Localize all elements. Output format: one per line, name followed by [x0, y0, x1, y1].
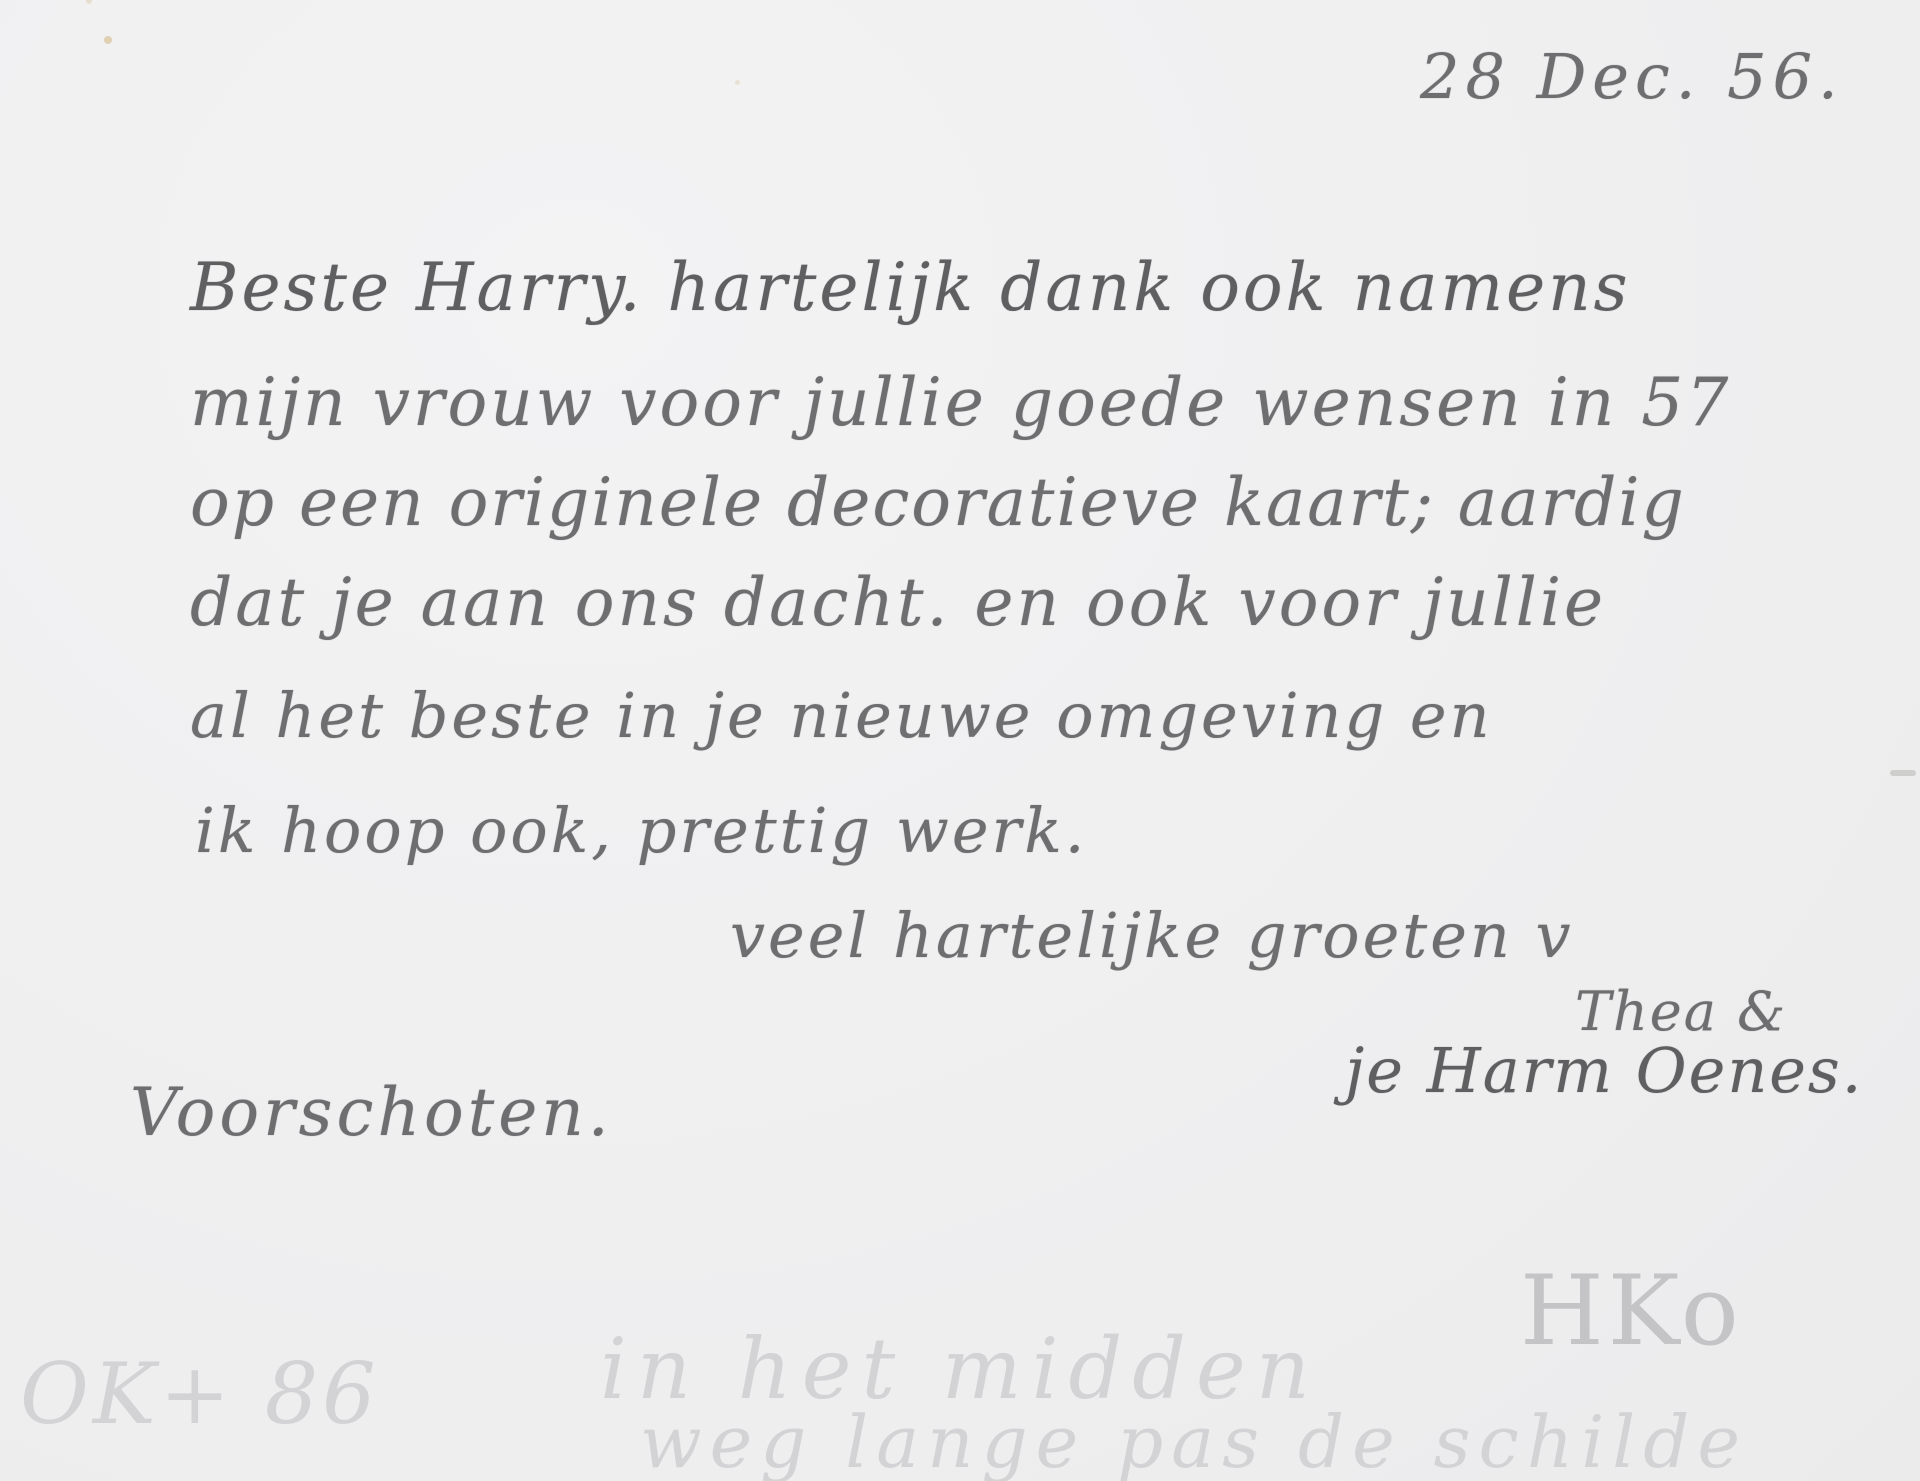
letter-paper: 28 Dec. 56. Beste Harry. hartelijk dank …: [0, 0, 1920, 1481]
letter-line-1: Beste Harry. hartelijk dank ook namens: [190, 255, 1631, 321]
letter-line-3: op een originele decoratieve kaart; aard…: [190, 470, 1686, 536]
letter-line-6: ik hoop ook, prettig werk.: [195, 800, 1087, 862]
paper-speck: [104, 36, 112, 44]
letter-place: Voorschoten.: [130, 1080, 613, 1146]
signature-line-1: Thea &: [1575, 985, 1787, 1039]
edge-ink-mark: [1890, 770, 1916, 776]
letter-line-5: al het beste in je nieuwe omgeving en: [190, 685, 1493, 747]
signature-line-2: je Harm Oenes.: [1345, 1040, 1863, 1102]
paper-speck: [86, 0, 92, 4]
pencil-note-line-2: weg lange pas de schilde: [640, 1400, 1748, 1481]
pencil-note-code: OK+ 86: [20, 1345, 380, 1443]
pencil-note-initials: HKo: [1520, 1255, 1743, 1367]
letter-closing: veel hartelijke groeten v: [730, 905, 1574, 967]
letter-date: 28 Dec. 56.: [1420, 40, 1844, 113]
letter-line-4: dat je aan ons dacht. en ook voor jullie: [190, 570, 1606, 636]
paper-speck: [735, 80, 740, 85]
letter-line-2: mijn vrouw voor jullie goede wensen in 5…: [190, 370, 1731, 436]
